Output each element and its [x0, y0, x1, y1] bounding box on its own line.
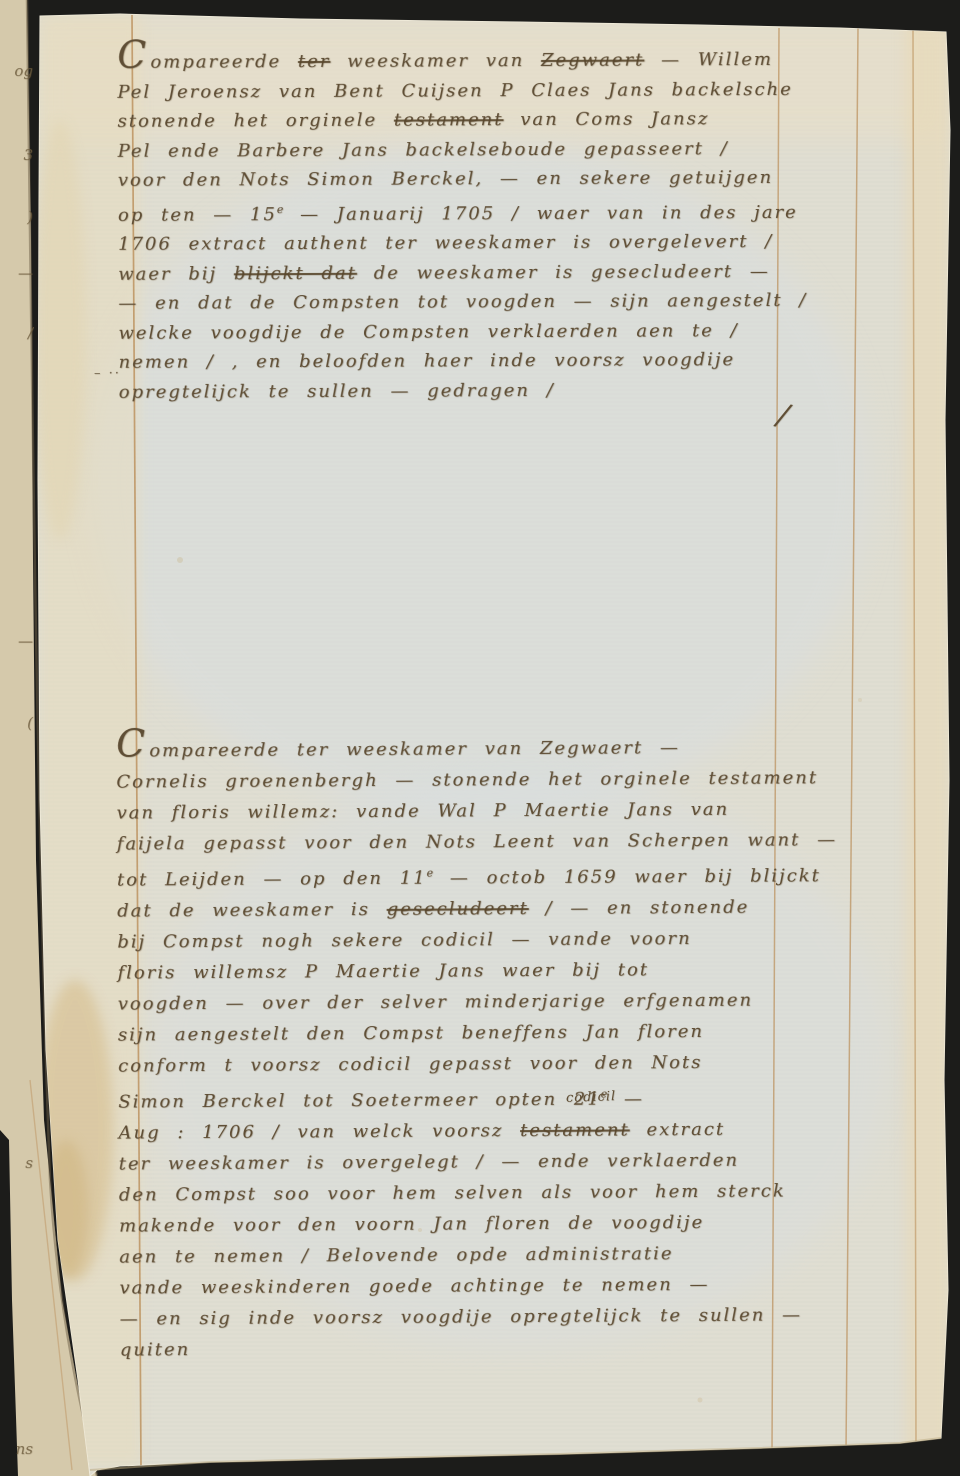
- manuscript-line: quiten: [120, 1329, 950, 1365]
- manuscript-line: waer bij blijckt dat de weeskamer is ges…: [118, 256, 948, 289]
- manuscript-line: — en dat de Compsten tot voogden — sijn …: [118, 285, 948, 318]
- clipped-text-fragment: ns: [16, 1440, 33, 1458]
- interlinear-insertion: codicil: [566, 1089, 617, 1106]
- manuscript-line: opregtelijck te sullen — gedragen /: [119, 374, 949, 407]
- clipped-text-fragment: —: [18, 264, 33, 282]
- manuscript-line: dat de weeskamer is gesecludeert / — en …: [117, 890, 947, 926]
- manuscript-line: Pel ende Barbere Jans backelseboude gepa…: [118, 133, 948, 166]
- sliver-text-fragments: og3)—/—(sns: [0, 0, 34, 1476]
- manuscript-line: voor den Nots Simon Berckel, — en sekere…: [118, 162, 948, 195]
- manuscript-line: 1706 extract authent ter weeskamer is ov…: [118, 226, 948, 259]
- manuscript-line: vande weeskinderen goede achtinge te nem…: [119, 1267, 949, 1303]
- clipped-text-fragment: 3: [23, 146, 33, 164]
- manuscript-line: welcke voogdije de Compsten verklaerden …: [118, 315, 948, 348]
- manuscript-line: conform t voorsz codicil gepasst voor de…: [118, 1045, 948, 1081]
- manuscript-line: Pel Jeroensz van Bent Cuijsen P Claes Ja…: [117, 74, 947, 107]
- clipped-text-fragment: ): [27, 208, 33, 226]
- manuscript-line: stonende het orginele testament van Coms…: [117, 103, 947, 136]
- manuscript-line: makende voor den voorn Jan floren de voo…: [119, 1205, 949, 1241]
- manuscript-line: Cornelis groenenbergh — stonende het org…: [116, 761, 946, 797]
- entry-1-text: Compareerde ter weeskamer van Zegwaert —…: [117, 44, 949, 407]
- manuscript-line: Compareerde ter weeskamer van Zegwaert —: [116, 730, 946, 766]
- manuscript-scan: og3)—/—(sns Compareerde ter weeskamer va…: [0, 0, 960, 1476]
- manuscript-line: van floris willemz: vande Wal P Maertie …: [116, 792, 946, 828]
- margin-tick-mark: – ··: [94, 366, 121, 381]
- manuscript-line: — en sig inde voorsz voogdije opregtelij…: [120, 1298, 950, 1334]
- manuscript-line: Aug : 1706 / van welck voorsz testament …: [118, 1112, 948, 1148]
- manuscript-line: tot Leijden — op den 11e — octob 1659 wa…: [117, 854, 947, 895]
- clipped-text-fragment: (: [27, 714, 33, 732]
- manuscript-line: sijn aengestelt den Compst beneffens Jan…: [118, 1014, 948, 1050]
- manuscript-line: ter weeskamer is overgelegt / — ende ver…: [119, 1143, 949, 1179]
- manuscript-line: Compareerde ter weeskamer van Zegwaert —…: [117, 44, 947, 77]
- clipped-text-fragment: —: [18, 632, 33, 650]
- manuscript-line: voogden — over der selver minderjarige e…: [118, 983, 948, 1019]
- manuscript-line: bij Compst nogh sekere codicil — vande v…: [117, 921, 947, 957]
- entry-2-text: Compareerde ter weeskamer van Zegwaert —…: [116, 730, 950, 1365]
- manuscript-line: faijela gepasst voor den Nots Leent van …: [117, 823, 947, 859]
- manuscript-line: aen te nemen / Belovende opde administra…: [119, 1236, 949, 1272]
- manuscript-line: nemen / , en beloofden haer inde voorsz …: [119, 344, 949, 377]
- manuscript-line: den Compst soo voor hem selven als voor …: [119, 1174, 949, 1210]
- clipped-text-fragment: /: [28, 324, 33, 342]
- manuscript-line: Simon Berckel tot Soetermeer opten 21e —: [118, 1076, 948, 1117]
- manuscript-line: op ten — 15e — Januarij 1705 / waer van …: [118, 192, 948, 230]
- clipped-text-fragment: og: [14, 62, 33, 80]
- manuscript-line: floris willemsz P Maertie Jans waer bij …: [117, 952, 947, 988]
- clipped-text-fragment: s: [25, 1154, 33, 1172]
